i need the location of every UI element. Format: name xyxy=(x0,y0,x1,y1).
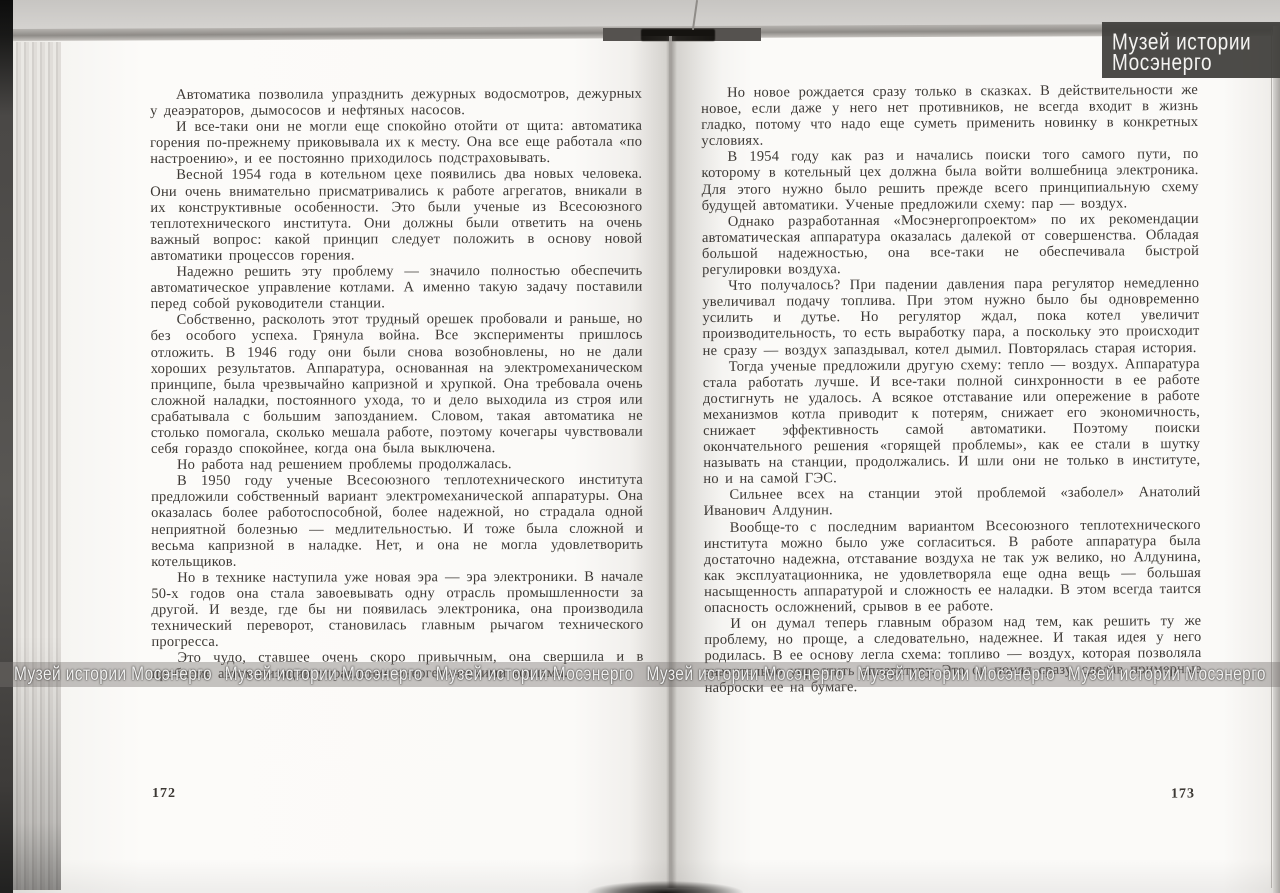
watermark-band-text: Музей истории Мосэнерго xyxy=(436,663,634,686)
left-page-text-column: Автоматика позволила упразднить дежурных… xyxy=(150,86,644,683)
paragraph: Но в технике наступила уже новая эра — э… xyxy=(151,569,643,651)
watermark-band-text: Музей истории Мосэнерго xyxy=(1068,663,1266,686)
watermark-band: Музей истории Мосэнерго Музей истории Мо… xyxy=(0,662,1280,687)
paragraph: Надежно решить эту проблему — значило по… xyxy=(150,263,642,313)
paragraph: Тогда ученые предложили другую схему: те… xyxy=(703,356,1201,488)
left-page-stack-shade xyxy=(13,42,61,890)
paragraph: И все-таки они не могли еще спокойно ото… xyxy=(150,118,642,168)
right-page-number: 173 xyxy=(701,786,1195,805)
watermark-corner-plate: Музей истории Мосэнерго xyxy=(1102,22,1280,78)
paragraph: Однако разработанная «Мосэнергопроектом»… xyxy=(702,211,1199,278)
photo-right-edge xyxy=(1273,26,1280,893)
paragraph: Но новое рождается сразу только в сказка… xyxy=(701,82,1198,149)
paragraph: Вообще-то с последним вариантом Всесоюзн… xyxy=(704,516,1202,616)
center-fold-bottom-smudge xyxy=(588,881,743,893)
right-page-edge-line xyxy=(1271,30,1272,888)
paragraph: Автоматика позволила упразднить дежурных… xyxy=(150,86,642,119)
paragraph: Весной 1954 года в котельном цехе появил… xyxy=(150,166,642,264)
center-fold-line xyxy=(669,36,672,888)
photo-left-edge xyxy=(0,0,13,893)
paragraph: Что получалось? При падении давления пар… xyxy=(702,275,1199,359)
paragraph: Но работа над решением проблемы продолжа… xyxy=(151,456,643,473)
watermark-band-text: Музей истории Мосэнерго xyxy=(14,663,212,686)
watermark-band-text: Музей истории Мосэнерго xyxy=(646,663,844,686)
watermark-band-text: Музей истории Мосэнерго xyxy=(857,663,1055,686)
paragraph: Сильнее всех на станции этой проблемой «… xyxy=(703,484,1200,519)
paragraph: Собственно, расколоть этот трудный ореше… xyxy=(151,311,643,457)
paragraph: В 1954 году как раз и начались поиски то… xyxy=(701,146,1198,213)
watermark-band-text: Музей истории Мосэнерго xyxy=(225,663,423,686)
paragraph: В 1950 году ученые Всесоюзного теплотехн… xyxy=(151,472,643,570)
watermark-corner-line2: Мосэнерго xyxy=(1102,51,1280,77)
left-page-number: 172 xyxy=(152,786,176,802)
right-page-text-column: Но новое рождается сразу только в сказка… xyxy=(701,82,1202,697)
